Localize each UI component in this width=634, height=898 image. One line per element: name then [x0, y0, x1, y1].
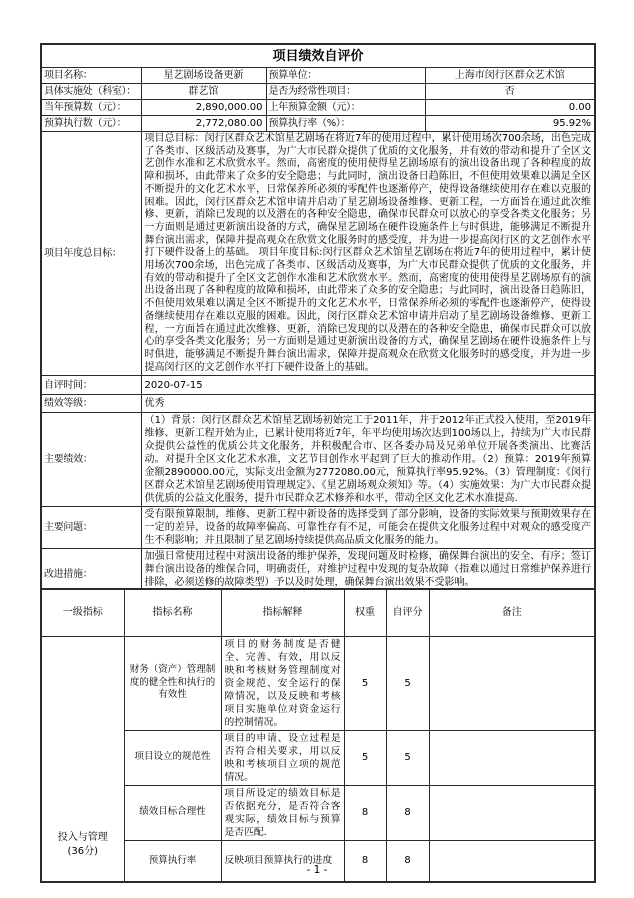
indicator-note: [429, 730, 595, 785]
performance-grade-value: 优秀: [141, 395, 595, 413]
indicator-note: [429, 785, 595, 840]
self-eval-date-value: 2020-07-15: [141, 376, 595, 395]
performance-grade-label: 绩效等级：: [41, 395, 141, 413]
implement-dept-label: 具体实施处（科室）：: [41, 84, 141, 100]
indicator-note: [429, 636, 595, 730]
indicator-explain: 项目所设定的绩效目标是否依据充分，是否符合客观实际，绩效目标与预算是否匹配.: [221, 785, 344, 840]
main-results-label: 主要绩效：: [41, 413, 141, 507]
main-problems-text: 受有限预算限制，维修、更新工程中新设备的选择受到了部分影响，设备的实际效果与预期…: [141, 507, 595, 549]
column-header-weight: 权重: [344, 589, 386, 636]
indicator-row: 绩效目标合理性 项目所设定的绩效目标是否依据充分，是否符合客观实际，绩效目标与预…: [41, 785, 595, 840]
current-year-budget-label: 当年预算数（元）：: [41, 100, 141, 116]
recurring-project-value: 否: [425, 84, 595, 100]
column-header-note: 备注: [429, 589, 595, 636]
indicator-row: 项目设立的规范性 项目的申请、设立过程是否符合相关要求，用以反映和考核项目立项的…: [41, 730, 595, 785]
indicator-weight: 5: [344, 730, 386, 785]
indicator-row: 投入与管理 (36分) 财务（资产）管理制度的健全性和执行的有效性 项目的财务制…: [41, 636, 595, 730]
indicator-name: 财务（资产）管理制度的健全性和执行的有效性: [124, 636, 221, 730]
execution-rate-value: 95.92%: [425, 116, 595, 132]
indicator-weight: 8: [344, 785, 386, 840]
budget-unit-label: 预算单位：: [266, 68, 425, 84]
recurring-project-label: 是否为经常性项目：: [266, 84, 425, 100]
implement-dept-value: 群艺馆: [141, 84, 266, 100]
self-eval-date-label: 自评时间：: [41, 376, 141, 395]
column-header-indicator-name: 指标名称: [124, 589, 221, 636]
indicator-self-score: 5: [386, 730, 429, 785]
prev-year-budget-value: 0.00: [425, 100, 595, 116]
main-problems-label: 主要问题：: [41, 507, 141, 549]
execution-rate-label: 预算执行率（%）：: [266, 116, 425, 132]
budget-execution-value: 2,772,080.00: [141, 116, 266, 132]
annual-goal-label: 项目年度总目标：: [41, 132, 141, 376]
group-label-line2: (36分): [67, 846, 98, 857]
indicator-table: 一级指标 指标名称 指标解释 权重 自评分 备注 投入与管理 (36分) 财务（…: [40, 588, 596, 883]
column-header-self-score: 自评分: [386, 589, 429, 636]
group-label-line1: 投入与管理: [58, 832, 108, 843]
column-header-level1-indicator: 一级指标: [41, 589, 124, 636]
current-year-budget-value: 2,890,000.00: [141, 100, 266, 116]
self-evaluation-form-table: 项目绩效自评价 项目名称： 星艺剧场设备更新 预算单位： 上海市闵行区群众艺术馆…: [40, 43, 596, 602]
page-number: - 1 -: [0, 864, 634, 876]
annual-goal-text: 项目总目标：闵行区群众艺术馆星艺剧场在将近7年的使用过程中，累计使用场次700余…: [141, 132, 595, 376]
budget-unit-value: 上海市闵行区群众艺术馆: [425, 68, 595, 84]
indicator-name: 项目设立的规范性: [124, 730, 221, 785]
form-title: 项目绩效自评价: [41, 44, 595, 68]
indicator-self-score: 5: [386, 636, 429, 730]
prev-year-budget-label: 上年预算金额（元）：: [266, 100, 425, 116]
indicator-self-score: 8: [386, 785, 429, 840]
project-name-label: 项目名称：: [41, 68, 141, 84]
indicator-explain: 项目的申请、设立过程是否符合相关要求，用以反映和考核项目立项的规范情况。: [221, 730, 344, 785]
level1-indicator-group-cell: 投入与管理 (36分): [41, 636, 124, 882]
indicator-explain: 项目的财务制度是否健全、完善、有效，用以反映和考核财务管理制度对资金规范、安全运…: [221, 636, 344, 730]
main-results-text: （1）背景：闵行区群众艺术馆星艺剧场初始完工于2011年，并于2012年正式投入…: [141, 413, 595, 507]
indicator-weight: 5: [344, 636, 386, 730]
column-header-indicator-explain: 指标解释: [221, 589, 344, 636]
budget-execution-label: 预算执行数（元）：: [41, 116, 141, 132]
project-name-value: 星艺剧场设备更新: [141, 68, 266, 84]
indicator-name: 绩效目标合理性: [124, 785, 221, 840]
